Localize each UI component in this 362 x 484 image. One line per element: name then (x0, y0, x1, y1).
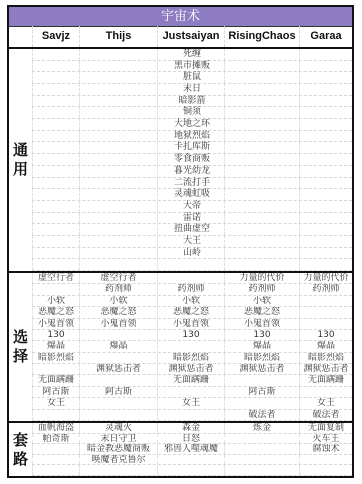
table-cell[interactable]: 恶魔之怒 (79, 307, 157, 317)
table-cell[interactable]: 小鬼首领 (32, 319, 79, 329)
table-cell[interactable]: 暗金教恶魔商贩 (79, 444, 157, 454)
table-row: 暗影烈焰暗影烈焰暗影烈焰暗影烈焰 (32, 353, 352, 364)
card-name[interactable]: 黑市摊贩 (32, 61, 352, 72)
table-cell[interactable]: 130 (224, 330, 299, 340)
table-row: 唤魔者克鲁尔 (32, 455, 352, 466)
card-name[interactable]: 脏鼠 (32, 72, 352, 83)
card-name[interactable]: 大王 (32, 236, 352, 247)
table-cell[interactable]: 爆晶 (79, 341, 157, 351)
table-cell[interactable] (157, 387, 224, 397)
table-cell[interactable]: 灵魂火 (79, 423, 157, 433)
column-header-garaa[interactable]: Garaa (299, 26, 352, 47)
table-cell[interactable]: 药剂师 (79, 284, 157, 294)
card-name[interactable]: 零食商贩 (32, 154, 352, 165)
table-cell[interactable]: 渊狱惩击者 (157, 364, 224, 374)
table-cell[interactable] (32, 364, 79, 374)
table-cell[interactable]: 130 (157, 330, 224, 340)
table-cell[interactable]: 小鬼首领 (157, 319, 224, 329)
section-label-char: 路 (13, 450, 28, 469)
table-row (32, 259, 352, 271)
table-cell[interactable] (299, 387, 352, 397)
table-cell[interactable]: 无面蹒跚 (32, 375, 79, 385)
card-name[interactable]: 扭曲虚空 (32, 224, 352, 235)
section-label-choice: 选 择 (9, 273, 32, 421)
section-label-deck: 套 路 (9, 423, 32, 476)
table-cell[interactable] (79, 398, 157, 408)
table-cell[interactable]: 药剂师 (157, 284, 224, 294)
table-row: 暮光幼龙 (32, 166, 352, 178)
table-row: 卡扎库斯 (32, 142, 352, 154)
section-common: 通 用 死缠黑市摊贩脏鼠末日暗影箭铜须大地之环地狱烈焰卡扎库斯零食商贩暮光幼龙二… (9, 49, 352, 271)
table-cell[interactable]: 女王 (157, 398, 224, 408)
table-row: 零食商贩 (32, 154, 352, 166)
table-row: 末日 (32, 84, 352, 96)
table-row: 爆晶爆晶爆晶爆晶 (32, 341, 352, 352)
table-cell[interactable] (79, 375, 157, 385)
section-deck: 套 路 血帆海盗灵魂火森金炼金无面复制帕奇斯末日守卫日怒火车王暗金教恶魔商贩邪兽… (9, 423, 352, 476)
card-name[interactable] (32, 259, 352, 270)
table-cell[interactable]: 无面蹒跚 (299, 375, 352, 385)
table-cell[interactable]: 药剂师 (299, 284, 352, 294)
table-cell[interactable]: 无面蹒跚 (157, 375, 224, 385)
table-cell[interactable]: 女王 (32, 398, 79, 408)
table-cell[interactable]: 渊狱惩击者 (224, 364, 299, 374)
sheet-title: 宇宙术 (9, 7, 352, 27)
table-cell[interactable]: 130 (299, 330, 352, 340)
card-name[interactable]: 大地之环 (32, 119, 352, 130)
table-row: 雷诺 (32, 213, 352, 225)
card-name[interactable]: 二流打手 (32, 178, 352, 189)
table-cell[interactable] (224, 465, 299, 475)
table-row: 死缠 (32, 49, 352, 61)
table-cell[interactable] (157, 455, 224, 465)
table-row: 暗影箭 (32, 96, 352, 108)
table-cell[interactable]: 恶魔之怒 (32, 307, 79, 317)
table-row: 扭曲虚空 (32, 224, 352, 236)
column-header-thijs[interactable]: Thijs (79, 26, 157, 47)
table-cell[interactable]: 邪兽人噬魂魔 (157, 444, 224, 454)
table-cell[interactable]: 日怒 (157, 434, 224, 444)
table-cell[interactable]: 暗影烈焰 (299, 353, 352, 363)
table-cell[interactable]: 无面复制 (299, 423, 352, 433)
card-name[interactable]: 大帝 (32, 201, 352, 212)
table-cell[interactable]: 血帆海盗 (32, 423, 79, 433)
table-cell[interactable]: 阿古斯 (32, 387, 79, 397)
table-row: 恶魔之怒恶魔之怒恶魔之怒恶魔之怒 (32, 307, 352, 318)
table-cell[interactable] (32, 410, 79, 420)
table-row: 大王 (32, 236, 352, 248)
table-cell[interactable] (299, 296, 352, 306)
table-cell[interactable]: 女王 (299, 398, 352, 408)
table-cell[interactable]: 虚空行者 (79, 273, 157, 283)
table-row: 大地之环 (32, 119, 352, 131)
table-cell[interactable] (79, 465, 157, 475)
table-row: 小软小软小软小软 (32, 296, 352, 307)
table-cell[interactable] (79, 330, 157, 340)
table-row: 暗金教恶魔商贩邪兽人噬魂魔腐蚀术 (32, 444, 352, 455)
column-header-justsaiyan[interactable]: Justsaiyan (157, 26, 224, 47)
table-cell[interactable]: 阿古斯 (79, 387, 157, 397)
table-cell[interactable]: 阿古斯 (224, 387, 299, 397)
table-cell[interactable] (224, 455, 299, 465)
table-row: 药剂师药剂师药剂师药剂师 (32, 284, 352, 295)
table-cell[interactable] (32, 455, 79, 465)
table-cell[interactable]: 暗影烈焰 (32, 353, 79, 363)
table-cell[interactable]: 小软 (79, 296, 157, 306)
table-cell[interactable]: 末日守卫 (79, 434, 157, 444)
table-cell[interactable]: 唤魔者克鲁尔 (79, 455, 157, 465)
table-cell[interactable]: 小鬼首领 (224, 319, 299, 329)
table-cell[interactable]: 小软 (224, 296, 299, 306)
table-cell[interactable]: 帕奇斯 (32, 434, 79, 444)
table-cell[interactable]: 腐蚀术 (299, 444, 352, 454)
table-cell[interactable]: 爆晶 (224, 341, 299, 351)
table-cell[interactable] (32, 444, 79, 454)
table-cell[interactable]: 恶魔之怒 (157, 307, 224, 317)
table-cell[interactable] (157, 465, 224, 475)
section-label-char: 择 (13, 347, 28, 366)
header-row: Savjz Thijs Justsaiyan RisingChaos Garaa (9, 26, 352, 49)
table-cell[interactable] (157, 410, 224, 420)
table-cell[interactable] (157, 273, 224, 283)
table-row: 帕奇斯末日守卫日怒火车王 (32, 434, 352, 445)
spreadsheet-table: 宇宙术 Savjz Thijs Justsaiyan RisingChaos G… (7, 5, 354, 478)
table-cell[interactable]: 小软 (157, 296, 224, 306)
table-cell[interactable]: 炼金 (224, 423, 299, 433)
card-name[interactable]: 死缠 (32, 49, 352, 60)
card-name[interactable]: 末日 (32, 84, 352, 95)
card-name[interactable]: 山岭 (32, 248, 352, 259)
section-label-char: 选 (13, 328, 28, 347)
table-cell[interactable] (157, 341, 224, 351)
table-cell[interactable]: 小鬼首领 (79, 319, 157, 329)
table-cell[interactable] (224, 434, 299, 444)
card-name[interactable]: 铜须 (32, 107, 352, 118)
table-row: 脏鼠 (32, 72, 352, 84)
table-cell[interactable] (224, 398, 299, 408)
card-name[interactable]: 雷诺 (32, 213, 352, 224)
table-row: 女王女王女王 (32, 398, 352, 409)
table-row: 小鬼首领小鬼首领小鬼首领小鬼首领 (32, 319, 352, 330)
section-choice: 选 择 虚空行者虚空行者力量的代价力量的代价药剂师药剂师药剂师药剂师小软小软小软… (9, 273, 352, 421)
column-header-risingchaos[interactable]: RisingChaos (224, 26, 299, 47)
table-row: 无面蹒跚无面蹒跚无面蹒跚 (32, 375, 352, 386)
table-cell[interactable] (224, 375, 299, 385)
table-cell[interactable] (299, 319, 352, 329)
table-cell[interactable] (32, 284, 79, 294)
card-name[interactable]: 地狱烈焰 (32, 131, 352, 142)
table-row: 灵魂虹吸 (32, 189, 352, 201)
table-row: 黑市摊贩 (32, 61, 352, 73)
table-cell[interactable] (299, 455, 352, 465)
table-cell[interactable]: 爆晶 (32, 341, 79, 351)
card-name[interactable]: 卡扎库斯 (32, 142, 352, 153)
table-cell[interactable]: 森金 (157, 423, 224, 433)
table-cell[interactable]: 力量的代价 (299, 273, 352, 283)
table-row (32, 465, 352, 476)
table-cell[interactable]: 破法者 (224, 410, 299, 420)
section-label-common: 通 用 (9, 49, 32, 271)
table-row: 二流打手 (32, 178, 352, 190)
table-row: 山岭 (32, 248, 352, 260)
table-cell[interactable]: 渊狱惩击者 (299, 364, 352, 374)
table-cell[interactable]: 130 (32, 330, 79, 340)
column-header-savjz[interactable]: Savjz (32, 26, 79, 47)
section-label-char: 用 (13, 160, 28, 179)
table-cell[interactable]: 暗影烈焰 (157, 353, 224, 363)
table-row: 大帝 (32, 201, 352, 213)
table-cell[interactable]: 破法者 (299, 410, 352, 420)
table-cell[interactable]: 力量的代价 (224, 273, 299, 283)
table-cell[interactable]: 爆晶 (299, 341, 352, 351)
table-row: 地狱烈焰 (32, 131, 352, 143)
table-cell[interactable]: 虚空行者 (32, 273, 79, 283)
card-name[interactable]: 暮光幼龙 (32, 166, 352, 177)
table-row: 130130130130 (32, 330, 352, 341)
table-row: 虚空行者虚空行者力量的代价力量的代价 (32, 273, 352, 284)
table-cell[interactable] (299, 307, 352, 317)
table-cell[interactable]: 渊狱惩击者 (79, 364, 157, 374)
section-label-char: 通 (13, 141, 28, 160)
table-row: 破法者破法者 (32, 410, 352, 421)
table-cell[interactable]: 火车王 (299, 434, 352, 444)
table-cell[interactable] (299, 465, 352, 475)
section-label-char: 套 (13, 431, 28, 450)
table-row: 渊狱惩击者渊狱惩击者渊狱惩击者渊狱惩击者 (32, 364, 352, 375)
table-cell[interactable]: 暗影烈焰 (224, 353, 299, 363)
table-cell[interactable]: 药剂师 (224, 284, 299, 294)
card-name[interactable]: 暗影箭 (32, 96, 352, 107)
table-cell[interactable] (32, 465, 79, 475)
table-row: 阿古斯阿古斯阿古斯 (32, 387, 352, 398)
card-name[interactable]: 灵魂虹吸 (32, 189, 352, 200)
table-cell[interactable]: 恶魔之怒 (224, 307, 299, 317)
table-row: 血帆海盗灵魂火森金炼金无面复制 (32, 423, 352, 434)
table-cell[interactable] (79, 353, 157, 363)
table-cell[interactable] (224, 444, 299, 454)
table-cell[interactable] (79, 410, 157, 420)
table-row: 铜须 (32, 107, 352, 119)
table-cell[interactable]: 小软 (32, 296, 79, 306)
